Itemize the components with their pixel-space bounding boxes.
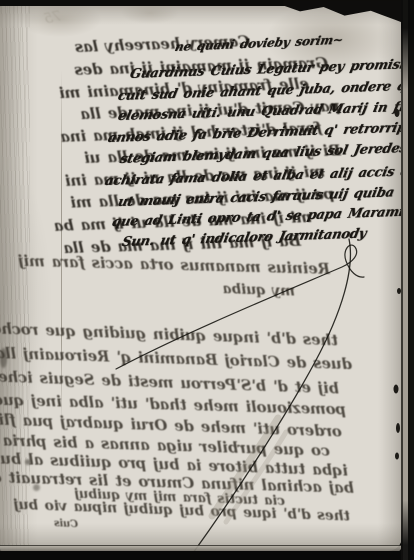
ink-speck xyxy=(25,459,31,465)
ink-speck xyxy=(33,484,40,491)
manuscript-photo: 75 Camery heareehy las Gramain ij mamain… xyxy=(0,0,414,560)
fore-edge-shadow xyxy=(401,0,414,560)
bleedthrough-line: my quiba xyxy=(205,280,296,299)
photo-bottom-edge xyxy=(0,551,414,560)
ink-speck xyxy=(0,348,7,368)
